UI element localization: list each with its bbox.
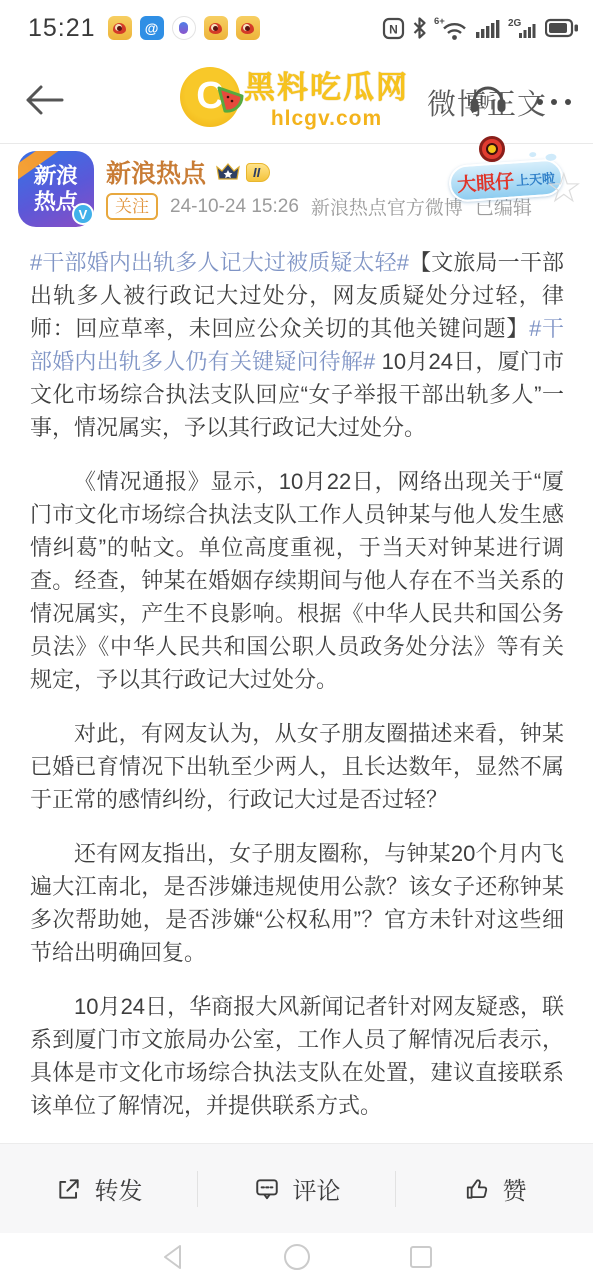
listen-button[interactable]: 听 (465, 78, 511, 120)
nav-home-icon[interactable] (282, 1242, 312, 1272)
watermark-site-name: 黑料吃瓜网 (244, 62, 409, 107)
back-arrow-icon (22, 80, 66, 120)
repost-label: 转发 (95, 1171, 143, 1206)
cloud-icon (544, 152, 558, 162)
post-paragraph: 10月24日，华商报大风新闻记者针对网友疑惑，联系到厦门市文旅局办公室，工作人员… (30, 990, 564, 1122)
headphones-icon: 听 (465, 78, 511, 118)
follow-button[interactable]: 关注 (106, 193, 158, 220)
svg-text:6+: 6+ (434, 16, 445, 27)
vip-level-badge: II (246, 163, 270, 182)
post-paragraph: 《情况通报》显示，10月22日，网络出现关于“厦门市文化市场综合执法支队工作人员… (30, 465, 564, 696)
author-name-row: 新浪热点 II (106, 154, 270, 190)
promo-banner-text-red: 大眼仔 (456, 166, 515, 197)
cloud-icon (528, 151, 537, 159)
nav-recents-icon[interactable] (408, 1244, 434, 1270)
promo-mascot-icon (479, 136, 505, 162)
battery-icon (545, 18, 579, 38)
action-toolbar: 转发 评论 赞 (0, 1143, 593, 1233)
comment-icon (253, 1176, 281, 1202)
site-watermark: 黑料吃瓜网 hlcgv.com (180, 62, 409, 131)
at-app-notification-icon (140, 16, 164, 40)
like-label: 赞 (503, 1171, 527, 1206)
signal-2g-icon: 2G (508, 16, 538, 40)
vip-crown-icon (214, 161, 242, 183)
weibo-notification-icon (108, 16, 132, 40)
watermark-logo-icon (180, 67, 240, 127)
nav-back-icon[interactable] (160, 1243, 186, 1271)
post-paragraph: 还有网友指出，女子朋友圈称，与钟某20个月内飞遍大江南北，是否涉嫌违规使用公款？… (30, 837, 564, 969)
clock: 15:21 (28, 14, 96, 43)
post-paragraph: 对此，有网友认为，从女子朋友圈描述来看，钟某已婚已育情况下出轨至少两人，且长达数… (30, 717, 564, 816)
android-nav-bar (0, 1233, 593, 1280)
verified-badge: V (72, 203, 94, 225)
dot-icon (537, 99, 543, 105)
weibo-notification-icon (204, 16, 228, 40)
page-header: 黑料吃瓜网 hlcgv.com 微博正文 听 (0, 56, 593, 144)
notification-icons (108, 16, 260, 40)
more-options-button[interactable] (528, 92, 580, 112)
status-icons: N 6+ 2G (382, 15, 579, 41)
watermark-texts: 黑料吃瓜网 hlcgv.com (244, 62, 409, 131)
repost-button[interactable]: 转发 (0, 1171, 197, 1206)
mic-app-notification-icon (172, 16, 196, 40)
wifi-icon: 6+ (434, 15, 468, 41)
hashtag-link[interactable]: #干部婚内出轨多人记大过被质疑太轻# (30, 250, 409, 275)
thumbs-up-icon (463, 1176, 491, 1202)
bluetooth-icon (412, 16, 427, 40)
dot-icon (565, 99, 571, 105)
nfc-icon: N (382, 17, 405, 40)
like-button[interactable]: 赞 (396, 1171, 593, 1206)
star-icon[interactable]: ☆ (545, 167, 583, 209)
weibo-notification-icon (236, 16, 260, 40)
comment-label: 评论 (293, 1171, 341, 1206)
post-body: #干部婚内出轨多人记大过被质疑太轻#【文旅局一干部出轨多人被行政记大过处分，网友… (0, 238, 593, 1143)
comment-button[interactable]: 评论 (198, 1171, 395, 1206)
author-card: 新浪 热点 V 新浪热点 II 关注 24-10-24 15:26 新浪热点官方… (0, 145, 593, 238)
author-name[interactable]: 新浪热点 (106, 154, 206, 190)
signal-icon (475, 16, 501, 40)
watermelon-icon (216, 85, 244, 113)
back-button[interactable] (22, 80, 66, 120)
post-paragraph: #干部婚内出轨多人记大过被质疑太轻#【文旅局一干部出轨多人被行政记大过处分，网友… (30, 246, 564, 444)
svg-text:2G: 2G (508, 18, 522, 29)
post-source: 新浪热点官方微博 (311, 193, 463, 220)
post-timestamp: 24-10-24 15:26 (170, 196, 299, 218)
watermark-site-url: hlcgv.com (244, 107, 409, 131)
status-bar: 15:21 N 6+ (0, 0, 593, 56)
repost-icon (55, 1176, 83, 1202)
svg-text:N: N (389, 22, 398, 36)
dot-icon (551, 99, 557, 105)
svg-text:听: 听 (480, 94, 496, 112)
phone-screen: 15:21 N 6+ (0, 0, 593, 1280)
